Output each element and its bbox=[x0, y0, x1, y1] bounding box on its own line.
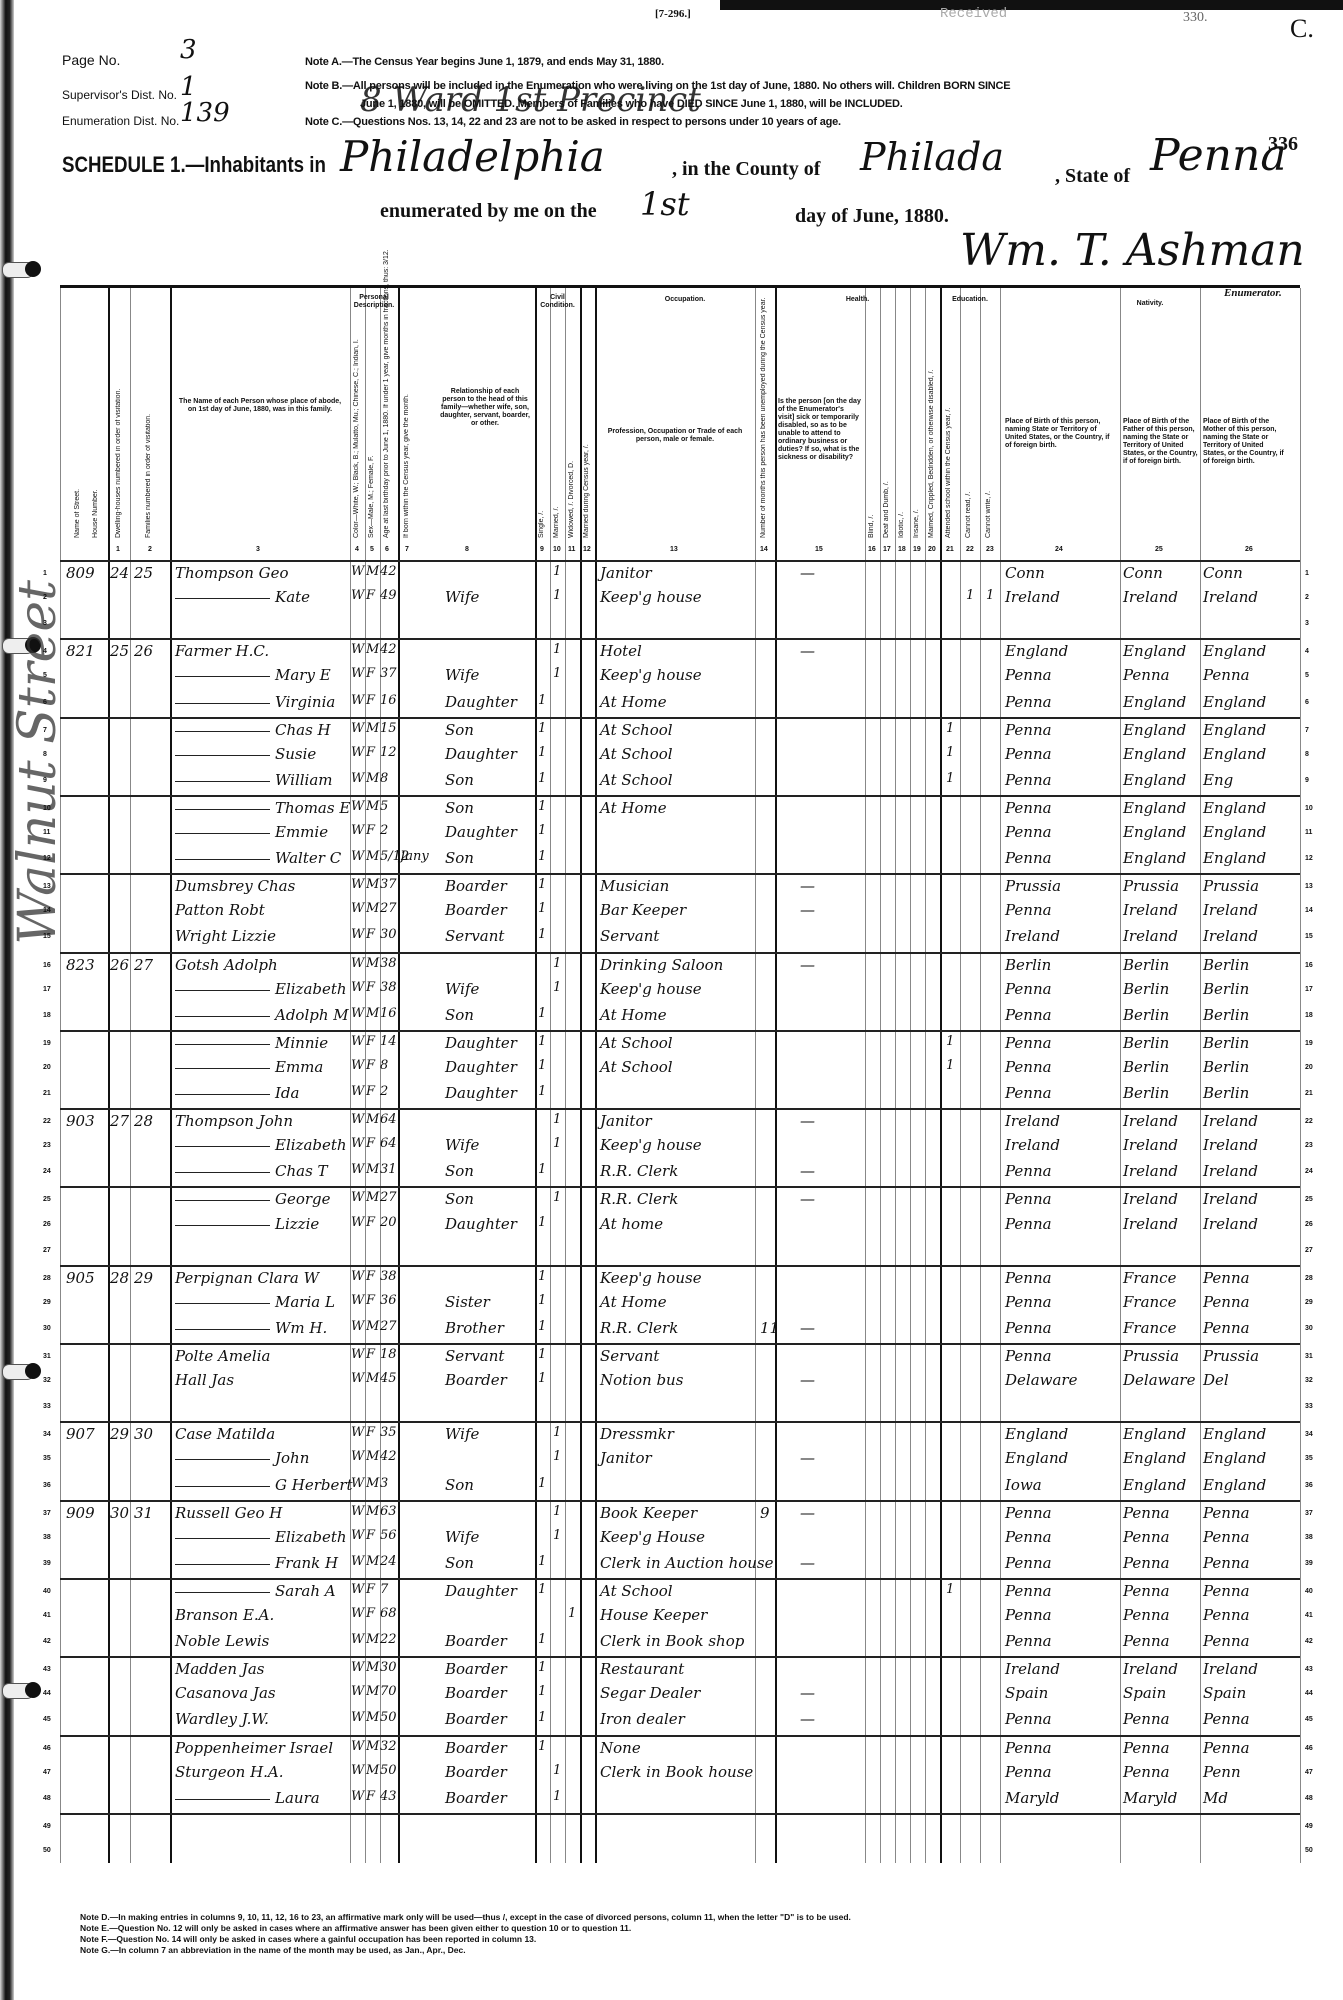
birthplace-cell: Penna bbox=[1005, 1058, 1052, 1076]
birthplace-cell: Ireland bbox=[1005, 588, 1060, 606]
age-cell: 37 bbox=[380, 666, 397, 681]
row-number: 26 bbox=[1305, 1221, 1313, 1228]
sex-cell: F bbox=[366, 1215, 375, 1230]
col-3-name: The Name of each Person whose place of a… bbox=[175, 398, 345, 414]
sickness-cell: — bbox=[800, 1319, 815, 1337]
row-number: 3 bbox=[1305, 620, 1309, 627]
color-cell: W bbox=[351, 823, 364, 838]
age-cell: 30 bbox=[380, 927, 397, 942]
person-name-cell: Gotsh Adolph bbox=[175, 956, 278, 974]
note-g: Note G.—In column 7 an abbreviation in t… bbox=[80, 1945, 851, 1956]
row-number: 46 bbox=[1305, 1745, 1313, 1752]
stamp-number: 330. bbox=[1183, 10, 1208, 26]
sex-cell: M bbox=[366, 1554, 379, 1569]
mother-birthplace-cell: Md bbox=[1203, 1789, 1228, 1807]
page-binding bbox=[0, 0, 14, 2000]
person-name-cell: William bbox=[275, 771, 333, 789]
col-number: 1 bbox=[116, 546, 120, 553]
father-birthplace-cell: England bbox=[1123, 721, 1186, 739]
birthplace-cell: Penna bbox=[1005, 745, 1052, 763]
birth-month-cell: Jany bbox=[400, 849, 429, 864]
age-cell: 3 bbox=[380, 1476, 388, 1491]
col-17-deaf: Deaf and Dumb, /. bbox=[883, 458, 890, 538]
person-name-cell: Minnie bbox=[275, 1034, 328, 1052]
married-mark: 1 bbox=[553, 588, 561, 603]
table-row: 1717ElizabethWF38Wife1Keep'g housePennaB… bbox=[60, 978, 1300, 1003]
father-birthplace-cell: Berlin bbox=[1123, 1084, 1169, 1102]
sex-cell: M bbox=[366, 1006, 379, 1021]
father-birthplace-cell: Penna bbox=[1123, 1632, 1170, 1650]
relationship-cell: Boarder bbox=[445, 1710, 507, 1728]
mother-birthplace-cell: Berlin bbox=[1203, 1034, 1249, 1052]
father-birthplace-cell: France bbox=[1123, 1293, 1176, 1311]
birthplace-cell: Penna bbox=[1005, 980, 1052, 998]
mother-birthplace-cell: Penna bbox=[1203, 1632, 1250, 1650]
col-number: 12 bbox=[583, 546, 591, 553]
table-row: 4848LauraWF43Boarder1MaryldMaryldMd bbox=[60, 1787, 1300, 1812]
relationship-cell: Wife bbox=[445, 588, 479, 606]
sickness-cell: — bbox=[800, 1504, 815, 1522]
occupation-cell: Clerk in Book shop bbox=[600, 1632, 744, 1650]
row-number: 11 bbox=[1305, 829, 1312, 836]
table-row: 2626LizzieWF20Daughter1At homePennaIrela… bbox=[60, 1213, 1300, 1238]
age-cell: 37 bbox=[380, 877, 397, 892]
row-number: 41 bbox=[1305, 1612, 1313, 1619]
mother-birthplace-cell: Penn bbox=[1203, 1763, 1241, 1781]
table-row: 34349072930Case MatildaWF35Wife1Dressmkr… bbox=[60, 1421, 1300, 1448]
single-mark: 1 bbox=[538, 927, 546, 942]
married-mark: 1 bbox=[553, 1763, 561, 1778]
col-1-dwelling: Dwelling-houses numbered in order of vis… bbox=[115, 328, 122, 538]
color-cell: W bbox=[351, 1084, 364, 1099]
relationship-cell: Brother bbox=[445, 1319, 504, 1337]
note-f: Note F.—Question No. 14 will only be ask… bbox=[80, 1934, 851, 1945]
col-house-number: House Number. bbox=[92, 408, 99, 538]
mother-birthplace-cell: England bbox=[1203, 721, 1266, 739]
age-cell: 12 bbox=[380, 745, 397, 760]
color-cell: W bbox=[351, 693, 364, 708]
col-20-maimed: Maimed, Crippled, Bedridden, or otherwis… bbox=[928, 318, 935, 538]
enumerated-month-year: day of June, 1880. bbox=[795, 205, 949, 228]
col-7-born-month: If born within the Census year, give the… bbox=[403, 318, 410, 538]
single-mark: 1 bbox=[538, 1034, 546, 1049]
row-number: 5 bbox=[43, 672, 47, 679]
row-number: 45 bbox=[43, 1716, 51, 1723]
row-number: 28 bbox=[1305, 1275, 1313, 1282]
single-mark: 1 bbox=[538, 1476, 546, 1491]
color-cell: W bbox=[351, 1034, 364, 1049]
relationship-cell: Daughter bbox=[445, 1058, 517, 1076]
col-14-unemployed: Number of months this person has been un… bbox=[760, 328, 767, 538]
table-row: 5050 bbox=[60, 1839, 1300, 1864]
row-number: 8 bbox=[43, 751, 47, 758]
school-mark: 1 bbox=[946, 1034, 954, 1049]
table-row: 66VirginiaWF16Daughter1At HomePennaEngla… bbox=[60, 691, 1300, 716]
col-10-married: Married, /. bbox=[553, 468, 560, 538]
row-number: 42 bbox=[1305, 1638, 1313, 1645]
relationship-cell: Son bbox=[445, 1162, 474, 1180]
single-mark: 1 bbox=[538, 745, 546, 760]
col-number: 4 bbox=[355, 546, 359, 553]
mother-birthplace-cell: Ireland bbox=[1203, 1136, 1258, 1154]
person-name-cell: Emma bbox=[275, 1058, 323, 1076]
table-row: 22KateWF49Wife1Keep'g house11IrelandIrel… bbox=[60, 586, 1300, 611]
person-name-cell: Thomas E bbox=[275, 799, 350, 817]
col-number: 16 bbox=[868, 546, 876, 553]
sex-cell: M bbox=[366, 1632, 379, 1647]
sickness-cell: — bbox=[800, 1112, 815, 1130]
age-cell: 16 bbox=[380, 1006, 397, 1021]
ditto-line bbox=[175, 1799, 270, 1801]
age-cell: 43 bbox=[380, 1789, 397, 1804]
table-row: 4040Sarah AWF7Daughter1At School1PennaPe… bbox=[60, 1578, 1300, 1605]
ditto-line bbox=[175, 1068, 270, 1070]
color-cell: W bbox=[351, 1136, 364, 1151]
single-mark: 1 bbox=[538, 849, 546, 864]
col-number: 7 bbox=[405, 546, 409, 553]
sex-cell: F bbox=[366, 1582, 375, 1597]
relationship-cell: Daughter bbox=[445, 1034, 517, 1052]
school-mark: 1 bbox=[946, 771, 954, 786]
col-number: 14 bbox=[760, 546, 768, 553]
relationship-cell: Wife bbox=[445, 666, 479, 684]
color-cell: W bbox=[351, 1293, 364, 1308]
table-row: 2424Chas TWM31Son1R.R. Clerk—PennaIrelan… bbox=[60, 1160, 1300, 1185]
table-row: 1010Thomas EWM5Son1At HomePennaEnglandEn… bbox=[60, 795, 1300, 822]
color-cell: W bbox=[351, 1606, 364, 1621]
row-number: 27 bbox=[1305, 1247, 1313, 1254]
age-cell: 15 bbox=[380, 721, 397, 736]
county-value: Philada bbox=[860, 135, 1004, 179]
mother-birthplace-cell: Berlin bbox=[1203, 1006, 1249, 1024]
mother-birthplace-cell: England bbox=[1203, 823, 1266, 841]
row-number: 12 bbox=[43, 855, 51, 862]
color-cell: W bbox=[351, 1058, 364, 1073]
relationship-cell: Son bbox=[445, 1554, 474, 1572]
row-number: 37 bbox=[43, 1510, 51, 1517]
row-number: 7 bbox=[43, 727, 47, 734]
father-birthplace-cell: Penna bbox=[1123, 1554, 1170, 1572]
form-code: [7-296.] bbox=[655, 8, 691, 20]
color-cell: W bbox=[351, 1371, 364, 1386]
occupation-cell: R.R. Clerk bbox=[600, 1162, 678, 1180]
occupation-cell: At School bbox=[600, 771, 673, 789]
col-19-insane: Insane, /. bbox=[913, 488, 920, 538]
ditto-line bbox=[175, 833, 270, 835]
table-row: 3838ElizabethWF56Wife1Keep'g HousePennaP… bbox=[60, 1526, 1300, 1551]
table-row: 99WilliamWM8Son1At School1PennaEnglandEn… bbox=[60, 769, 1300, 794]
sex-cell: M bbox=[366, 1684, 379, 1699]
person-name-cell: Case Matilda bbox=[175, 1425, 275, 1443]
person-name-cell: Chas T bbox=[275, 1162, 328, 1180]
birthplace-cell: Maryld bbox=[1005, 1789, 1059, 1807]
table-row: 448212526Farmer H.C.WM421Hotel—EnglandEn… bbox=[60, 638, 1300, 665]
single-mark: 1 bbox=[538, 721, 546, 736]
color-cell: W bbox=[351, 771, 364, 786]
row-number: 14 bbox=[43, 907, 51, 914]
single-mark: 1 bbox=[538, 1162, 546, 1177]
father-birthplace-cell: England bbox=[1123, 1449, 1186, 1467]
col-13-occupation: Profession, Occupation or Trade of each … bbox=[605, 428, 745, 444]
ditto-line bbox=[175, 1094, 270, 1096]
color-cell: W bbox=[351, 1554, 364, 1569]
relationship-cell: Son bbox=[445, 721, 474, 739]
single-mark: 1 bbox=[538, 693, 546, 708]
sex-cell: F bbox=[366, 588, 375, 603]
mother-birthplace-cell: Ireland bbox=[1203, 901, 1258, 919]
birthplace-cell: Penna bbox=[1005, 1347, 1052, 1365]
age-cell: 27 bbox=[380, 1190, 397, 1205]
col-9-single: Single, /. bbox=[538, 468, 545, 538]
row-number: 21 bbox=[43, 1090, 51, 1097]
supervisor-label: Supervisor's Dist. No. bbox=[62, 88, 177, 102]
group-occupation: Occupation. bbox=[595, 296, 775, 304]
group-health: Health. bbox=[775, 296, 940, 304]
color-cell: W bbox=[351, 877, 364, 892]
sex-cell: F bbox=[366, 1034, 375, 1049]
birthplace-cell: Conn bbox=[1005, 564, 1045, 582]
sickness-cell: — bbox=[800, 1554, 815, 1572]
person-name-cell: Emmie bbox=[275, 823, 328, 841]
age-cell: 7 bbox=[380, 1582, 388, 1597]
age-cell: 2 bbox=[380, 1084, 388, 1099]
school-mark: 1 bbox=[946, 1582, 954, 1597]
page-no-value: 3 bbox=[180, 35, 197, 65]
occupation-cell: At School bbox=[600, 1058, 673, 1076]
occupation-cell: Servant bbox=[600, 1347, 659, 1365]
birthplace-cell: Penna bbox=[1005, 1293, 1052, 1311]
color-cell: W bbox=[351, 980, 364, 995]
color-cell: W bbox=[351, 799, 364, 814]
table-row: 77Chas HWM15Son1At School1PennaEnglandEn… bbox=[60, 717, 1300, 744]
row-number: 9 bbox=[43, 777, 47, 784]
mother-birthplace-cell: England bbox=[1203, 745, 1266, 763]
table-row: 1414Patton RobtWM27Boarder1Bar Keeper—Pe… bbox=[60, 899, 1300, 924]
months-unemployed-cell: 9 bbox=[760, 1504, 770, 1522]
row-number: 18 bbox=[1305, 1012, 1313, 1019]
col-number: 5 bbox=[370, 546, 374, 553]
occupation-cell: At Home bbox=[600, 1006, 667, 1024]
sex-cell: M bbox=[366, 1710, 379, 1725]
row-number: 31 bbox=[43, 1353, 51, 1360]
occupation-cell: House Keeper bbox=[600, 1606, 707, 1624]
mother-birthplace-cell: Ireland bbox=[1203, 1215, 1258, 1233]
person-name-cell: Sturgeon H.A. bbox=[175, 1763, 284, 1781]
table-row: 4646Poppenheimer IsraelWM32Boarder1NoneP… bbox=[60, 1735, 1300, 1762]
col-number: 22 bbox=[966, 546, 974, 553]
person-name-cell: Lizzie bbox=[275, 1215, 319, 1233]
house-number-cell: 809 bbox=[66, 564, 95, 582]
mother-birthplace-cell: Del bbox=[1203, 1371, 1229, 1389]
row-number: 15 bbox=[1305, 933, 1313, 940]
father-birthplace-cell: England bbox=[1123, 745, 1186, 763]
binder-ring bbox=[2, 262, 34, 278]
table-row: 55Mary EWF37Wife1Keep'g housePennaPennaP… bbox=[60, 664, 1300, 689]
occupation-cell: At Home bbox=[600, 693, 667, 711]
row-number: 20 bbox=[43, 1064, 51, 1071]
sex-cell: F bbox=[366, 980, 375, 995]
birthplace-cell: Penna bbox=[1005, 1606, 1052, 1624]
col-number: 19 bbox=[913, 546, 921, 553]
row-number: 46 bbox=[43, 1745, 51, 1752]
father-birthplace-cell: England bbox=[1123, 799, 1186, 817]
married-mark: 1 bbox=[553, 1789, 561, 1804]
person-name-cell: Mary E bbox=[275, 666, 331, 684]
occupation-cell: At School bbox=[600, 745, 673, 763]
mother-birthplace-cell: England bbox=[1203, 642, 1266, 660]
row-number: 16 bbox=[43, 962, 51, 969]
married-mark: 1 bbox=[553, 1112, 561, 1127]
table-row: 2323ElizabethWF64Wife1Keep'g houseIrelan… bbox=[60, 1134, 1300, 1159]
mother-birthplace-cell: Ireland bbox=[1203, 927, 1258, 945]
ditto-line bbox=[175, 598, 270, 600]
school-mark: 1 bbox=[946, 1058, 954, 1073]
age-cell: 32 bbox=[380, 1739, 397, 1754]
row-number: 40 bbox=[1305, 1588, 1313, 1595]
row-number: 10 bbox=[43, 805, 51, 812]
family-number-cell: 25 bbox=[134, 564, 153, 582]
father-birthplace-cell: Ireland bbox=[1123, 1112, 1178, 1130]
sex-cell: M bbox=[366, 901, 379, 916]
note-a: Note A.—The Census Year begins June 1, 1… bbox=[305, 56, 664, 68]
person-name-cell: Walter C bbox=[275, 849, 341, 867]
table-row: 3030Wm H.WM27Brother1R.R. Clerk11—PennaF… bbox=[60, 1317, 1300, 1342]
single-mark: 1 bbox=[538, 799, 546, 814]
father-birthplace-cell: England bbox=[1123, 1476, 1186, 1494]
father-birthplace-cell: Ireland bbox=[1123, 901, 1178, 919]
person-name-cell: Elizabeth bbox=[275, 1528, 347, 1546]
row-number: 4 bbox=[43, 648, 47, 655]
table-row: 28289052829Perpignan Clara WWF381Keep'g … bbox=[60, 1265, 1300, 1292]
father-birthplace-cell: Berlin bbox=[1123, 1058, 1169, 1076]
age-cell: 42 bbox=[380, 642, 397, 657]
row-number: 26 bbox=[43, 1221, 51, 1228]
row-number: 23 bbox=[43, 1142, 51, 1149]
relationship-cell: Boarder bbox=[445, 1763, 507, 1781]
row-number: 20 bbox=[1305, 1064, 1313, 1071]
father-birthplace-cell: Berlin bbox=[1123, 1006, 1169, 1024]
col-12-married-year: Married during Census year, /. bbox=[583, 388, 590, 538]
single-mark: 1 bbox=[538, 1319, 546, 1334]
col-number: 21 bbox=[946, 546, 954, 553]
person-name-cell: Wardley J.W. bbox=[175, 1710, 269, 1728]
county-label: , in the County of bbox=[672, 158, 820, 181]
married-mark: 1 bbox=[553, 1504, 561, 1519]
person-name-cell: Madden Jas bbox=[175, 1660, 264, 1678]
birthplace-cell: Penna bbox=[1005, 771, 1052, 789]
house-number-cell: 907 bbox=[66, 1425, 95, 1443]
single-mark: 1 bbox=[538, 877, 546, 892]
person-name-cell: Wm H. bbox=[275, 1319, 327, 1337]
birthplace-cell: Penna bbox=[1005, 1215, 1052, 1233]
mother-birthplace-cell: Penna bbox=[1203, 666, 1250, 684]
row-number: 9 bbox=[1305, 777, 1309, 784]
mother-birthplace-cell: Penna bbox=[1203, 1269, 1250, 1287]
age-cell: 42 bbox=[380, 1449, 397, 1464]
ditto-line bbox=[175, 1303, 270, 1305]
house-number-cell: 905 bbox=[66, 1269, 95, 1287]
age-cell: 35 bbox=[380, 1425, 397, 1440]
mother-birthplace-cell: Penna bbox=[1203, 1293, 1250, 1311]
ditto-line bbox=[175, 1459, 270, 1461]
color-cell: W bbox=[351, 1763, 364, 1778]
table-row: 2121IdaWF2Daughter1PennaBerlinBerlin bbox=[60, 1082, 1300, 1107]
col-number: 10 bbox=[553, 546, 561, 553]
relationship-cell: Daughter bbox=[445, 1084, 517, 1102]
row-number: 19 bbox=[1305, 1040, 1313, 1047]
table-row: 3636G HerbertWM3Son1IowaEnglandEngland bbox=[60, 1474, 1300, 1499]
birthplace-cell: Penna bbox=[1005, 1554, 1052, 1572]
sickness-cell: — bbox=[800, 642, 815, 660]
col-number: 24 bbox=[1055, 546, 1063, 553]
row-number: 50 bbox=[1305, 1847, 1313, 1854]
single-mark: 1 bbox=[538, 1710, 546, 1725]
house-number-cell: 909 bbox=[66, 1504, 95, 1522]
row-number: 21 bbox=[1305, 1090, 1313, 1097]
row-number: 23 bbox=[1305, 1142, 1313, 1149]
ditto-line bbox=[175, 809, 270, 811]
sex-cell: F bbox=[366, 693, 375, 708]
ditto-line bbox=[175, 990, 270, 992]
mother-birthplace-cell: Penna bbox=[1203, 1582, 1250, 1600]
row-number: 40 bbox=[43, 1588, 51, 1595]
mother-birthplace-cell: Berlin bbox=[1203, 956, 1249, 974]
age-cell: 14 bbox=[380, 1034, 397, 1049]
sickness-cell: — bbox=[800, 1162, 815, 1180]
occupation-cell: R.R. Clerk bbox=[600, 1190, 678, 1208]
row-number: 19 bbox=[43, 1040, 51, 1047]
dwelling-number-cell: 30 bbox=[110, 1504, 129, 1522]
sex-cell: F bbox=[366, 1136, 375, 1151]
sex-cell: F bbox=[366, 1084, 375, 1099]
occupation-cell: Musician bbox=[600, 877, 669, 895]
single-mark: 1 bbox=[538, 823, 546, 838]
age-cell: 38 bbox=[380, 956, 397, 971]
sex-cell: F bbox=[366, 666, 375, 681]
state-label: , State of bbox=[1055, 165, 1130, 188]
row-number: 24 bbox=[1305, 1168, 1313, 1175]
birthplace-cell: Penna bbox=[1005, 1739, 1052, 1757]
corner-letter: C. bbox=[1290, 14, 1314, 44]
age-cell: 20 bbox=[380, 1215, 397, 1230]
school-mark: 1 bbox=[946, 721, 954, 736]
ditto-line bbox=[175, 1225, 270, 1227]
birthplace-cell: Prussia bbox=[1005, 877, 1061, 895]
occupation-cell: Servant bbox=[600, 927, 659, 945]
single-mark: 1 bbox=[538, 1269, 546, 1284]
row-number: 27 bbox=[43, 1247, 51, 1254]
group-nativity: Nativity. bbox=[1000, 300, 1300, 308]
house-number-cell: 903 bbox=[66, 1112, 95, 1130]
row-number: 15 bbox=[43, 933, 51, 940]
color-cell: W bbox=[351, 1162, 364, 1177]
row-number: 32 bbox=[43, 1377, 51, 1384]
row-number: 41 bbox=[43, 1612, 51, 1619]
relationship-cell: Boarder bbox=[445, 1684, 507, 1702]
occupation-cell: Clerk in Auction house bbox=[600, 1554, 774, 1572]
house-number-cell: 821 bbox=[66, 642, 95, 660]
table-row: 1313Dumsbrey ChasWM37Boarder1Musician—Pr… bbox=[60, 873, 1300, 900]
married-mark: 1 bbox=[553, 1190, 561, 1205]
relationship-cell: Daughter bbox=[445, 1582, 517, 1600]
row-number: 2 bbox=[43, 594, 47, 601]
ditto-line bbox=[175, 676, 270, 678]
married-mark: 1 bbox=[553, 1425, 561, 1440]
sex-cell: F bbox=[366, 1058, 375, 1073]
father-birthplace-cell: Penna bbox=[1123, 1504, 1170, 1522]
sex-cell: M bbox=[366, 1190, 379, 1205]
birthplace-cell: Penna bbox=[1005, 1190, 1052, 1208]
